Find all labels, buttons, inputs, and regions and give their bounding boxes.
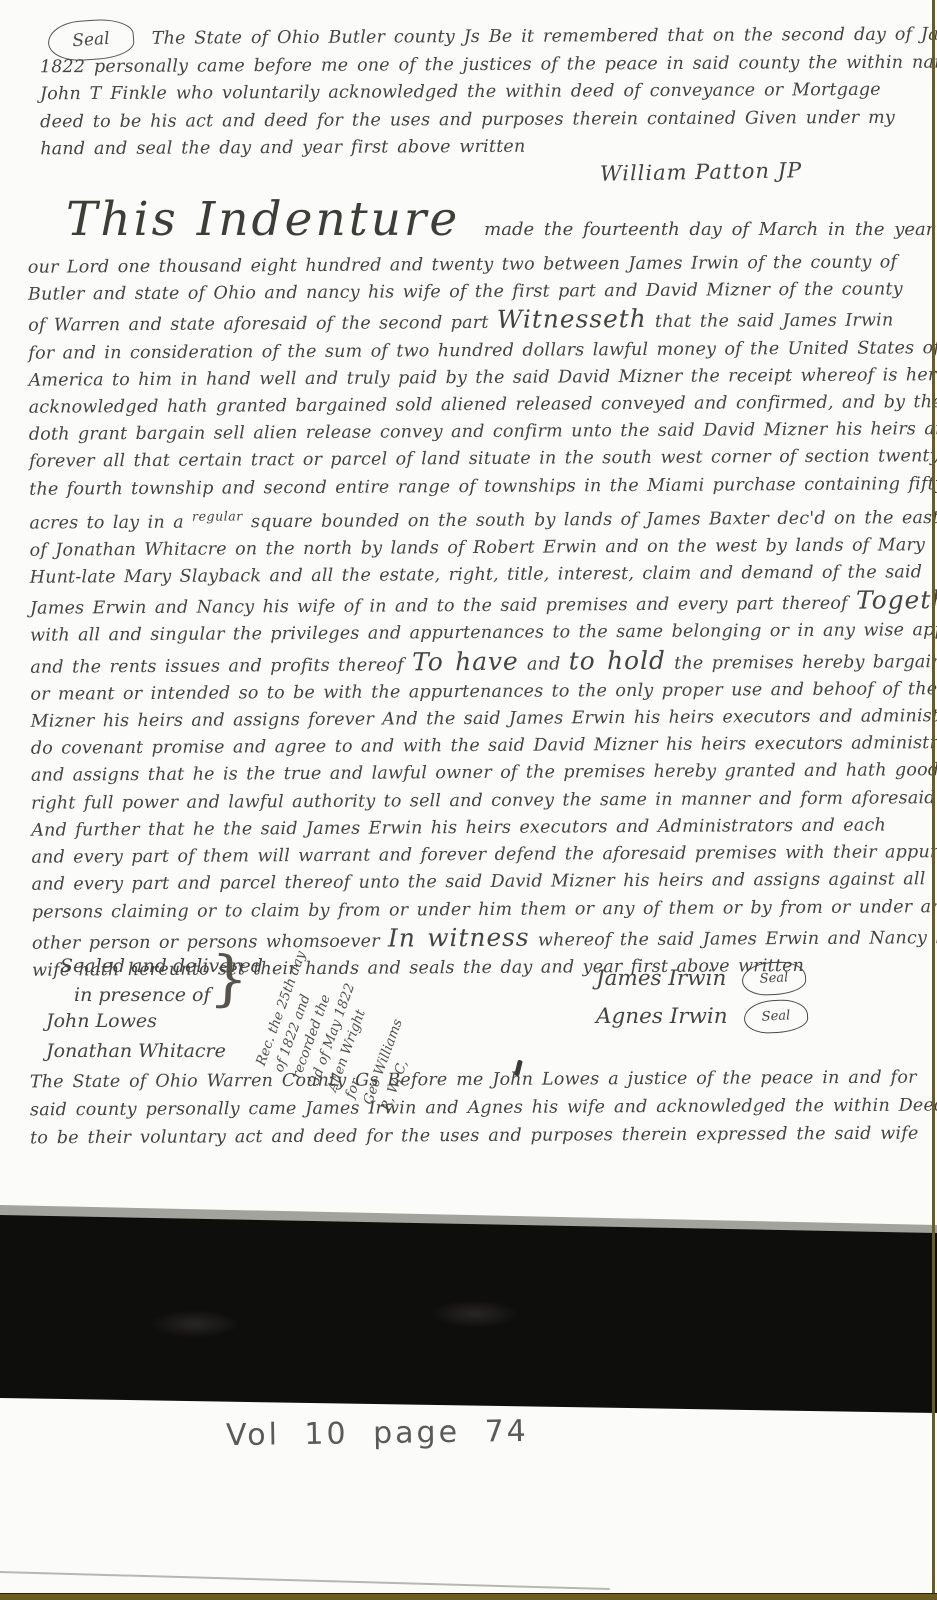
deed-line-emphasis: In witness <box>388 922 530 952</box>
inserted-word: regular <box>192 508 243 523</box>
top-acknowledgment: The State of Ohio Butler county Js Be it… <box>40 22 913 165</box>
ack-line: deed to be his act and deed for the uses… <box>40 104 912 136</box>
deed-line-segment: and <box>519 654 569 674</box>
brace-icon: } <box>208 943 250 1015</box>
deed-line-segment: other person or persons whomsoever <box>32 931 388 953</box>
band-smudge <box>430 1300 520 1328</box>
grantor-signatures: James Irwin Seal Agnes Irwin Seal <box>596 962 808 1038</box>
signature-name: James Irwin <box>596 966 726 991</box>
deed-heading: This Indenture made the fourteenth day o… <box>66 192 937 247</box>
justice-signature: William Patton JP <box>600 158 803 186</box>
frame-edge-right <box>932 0 935 1600</box>
deed-line-emphasis: to hold <box>569 645 666 675</box>
deed-line-emphasis: To have <box>412 646 519 676</box>
ack-line: to be their voluntary act and deed for t… <box>30 1120 914 1153</box>
deed-line: acres to lay in a regular square bounded… <box>29 498 913 537</box>
deed-line-segment: James Erwin and Nancy his wife of in and… <box>30 594 856 619</box>
signature-row: James Irwin Seal <box>596 962 808 995</box>
seal-icon: Seal <box>743 998 809 1034</box>
heading-script-text: This Indenture <box>66 192 460 247</box>
seal-icon: Seal <box>741 960 807 996</box>
deed-line: of Warren and state aforesaid of the sec… <box>28 304 912 341</box>
deed-line-segment: the premises hereby bargained and sold <box>666 651 937 673</box>
witness-signatures: John Lowes Jonathan Whitacre <box>46 1006 226 1066</box>
volume-page-note: Vol 10 page 74 <box>226 1414 529 1453</box>
deed-body: our Lord one thousand eight hundred and … <box>28 249 916 984</box>
seal-label: Seal <box>760 970 789 986</box>
frame-edge-bottom <box>0 1593 937 1600</box>
bottom-acknowledgment: The State of Ohio Warren County Gs Befor… <box>30 1064 914 1153</box>
paper-edge-line <box>0 1571 610 1590</box>
deed-line: and the rents issues and profits thereof… <box>30 645 914 682</box>
deed-line-segment: whereof the said James Erwin and Nancy h… <box>530 928 937 951</box>
signature-row: Agnes Irwin Seal <box>596 1000 808 1033</box>
signature-name: Agnes Irwin <box>596 1004 728 1029</box>
heading-continuation: made the fourteenth day of March in the … <box>484 219 937 240</box>
ack-line: The State of Ohio Butler county Js Be it… <box>40 22 912 54</box>
deed-line-emphasis: Witnesseth <box>497 304 647 334</box>
deed-line-segment: square bounded on the south by lands of … <box>243 507 937 532</box>
seal-label: Seal <box>761 1008 790 1024</box>
deed-line-segment: of Warren and state aforesaid of the sec… <box>28 313 497 336</box>
deed-line-segment: that the said James Irwin <box>647 311 894 333</box>
ack-line: John T Finkle who voluntarily acknowledg… <box>40 77 912 109</box>
witness-name: Jonathan Whitacre <box>46 1036 226 1066</box>
band-smudge <box>150 1310 240 1338</box>
document-page: Seal The State of Ohio Butler county Js … <box>0 0 937 1600</box>
deed-line-segment: and the rents issues and profits thereof <box>30 655 412 677</box>
deed-line-emphasis: Together <box>856 585 937 615</box>
witness-name: John Lowes <box>46 1006 226 1036</box>
deed-line-segment: acres to lay in a <box>29 512 192 533</box>
